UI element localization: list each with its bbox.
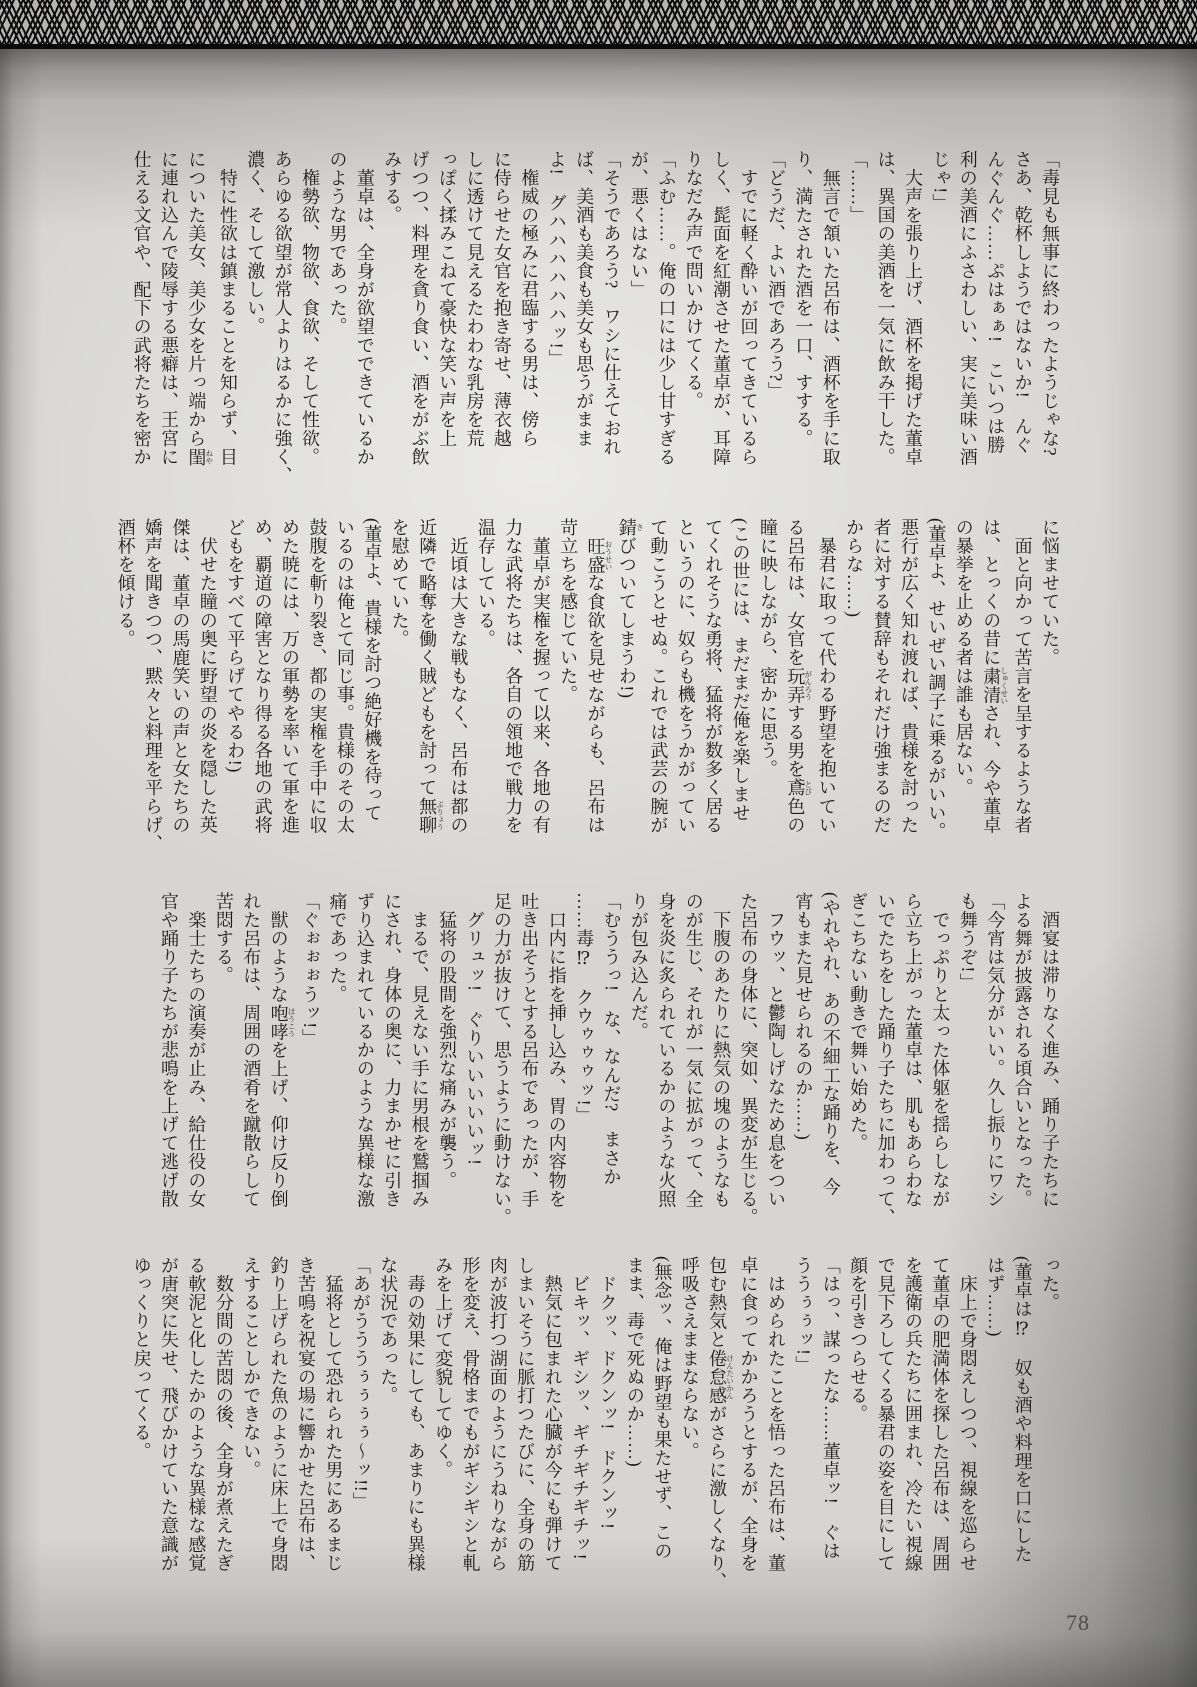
text-column: る呂布は、女官を玩弄がんろうする男を鳶とび色の	[781, 518, 812, 854]
text-column: 肉が波打つ湖面のようにうねりながら	[483, 1256, 510, 1592]
text-column: みする。	[378, 150, 405, 486]
text-column: 近隣で略奪を働く賊どもを討って無聊ぶりょう	[413, 518, 444, 854]
text-column: んぐんぐ……ぷはぁぁ! こいつは勝	[981, 150, 1008, 486]
text-column: (無念ッ、俺は野望も果たせず、この	[648, 1256, 675, 1592]
text-column: 痛であった。	[323, 892, 350, 1228]
text-column: に悩ませていた。	[1036, 518, 1063, 854]
text-column: 仕える文官や、配下の武将たちを密か	[127, 150, 154, 486]
text-band-1: 「毒見も無事に終わったようじゃな?さあ、乾杯しようではないか! んぐんぐんぐ………	[127, 150, 1063, 486]
text-column: 熱気に包まれた心臓が今にも弾けて	[538, 1256, 565, 1592]
text-column: いでたちをした踊り子たちに加わって、	[871, 892, 898, 1228]
text-column: 「毒見も無事に終わったようじゃな?	[1036, 150, 1063, 486]
text-column: 伏せた瞳の奥に野望の炎を隠した英	[193, 518, 220, 854]
text-column: 「あがうううぅぅぅぅ〜ッ!!」	[346, 1256, 373, 1592]
text-column: 無言で頷いた呂布は、酒杯を手に取	[816, 150, 843, 486]
text-column: 官や踊り子たちが悲鳴を上げて逃げ散	[155, 892, 182, 1228]
text-column: ううぅぅッ!」	[789, 1256, 816, 1592]
text-column: みを上げて変貌してゆく。	[429, 1256, 456, 1592]
text-column: りなだみ声で問いかけてくる。	[679, 150, 706, 486]
text-column: れた呂布は、周囲の酒肴を蹴散らして	[237, 892, 264, 1228]
text-column: に連れ込んで陵辱する悪癖は、王宮に	[155, 150, 182, 486]
text-column: が、悪くはない」	[625, 150, 652, 486]
text-column: 旺盛おうせいな食欲を見せながらも、呂布は	[581, 518, 612, 854]
text-column: 形を変え、骨格までもがギシギシと軋	[456, 1256, 483, 1592]
text-column: 権勢欲、物欲、食欲、そして性欲。	[296, 150, 323, 486]
text-column: ビキッ、ギシッ、ギチギチギチッ!	[566, 1256, 593, 1592]
text-column: 暴君に取って代わる野望を抱いてい	[812, 518, 839, 854]
text-column: ずり込まれているかのような異様な激	[350, 892, 377, 1228]
text-column: 瞳に映しながら、密かに思う。	[754, 518, 781, 854]
text-column: りが包み込んだ。	[625, 892, 652, 1228]
text-column: 面と向かって苦言を呈するような者	[1008, 518, 1035, 854]
text-column: げつつ、料理を貪り食い、酒をがぶ飲	[405, 150, 432, 486]
text-column: 身を炎に炙られているかのような火照	[652, 892, 679, 1228]
text-column: ら立ち上がった董卓は、肌もあらわな	[899, 892, 926, 1228]
text-column: っぽく揉みこねて豪快な笑い声を上	[433, 150, 460, 486]
text-column: 董卓が実権を握って以来、各地の有	[526, 518, 553, 854]
diamond-lattice-border	[0, 0, 1197, 49]
text-column: 酒宴は滞りなく進み、踊り子たちに	[1036, 892, 1063, 1228]
text-column: (この世には、まだまだ俺を楽しませ	[726, 518, 753, 854]
text-column: は、異国の美酒を一気に飲み干した。	[871, 150, 898, 486]
text-column: る軟泥と化したかのような異様な感覚	[182, 1256, 209, 1592]
text-column: 呼吸さえままならない。	[675, 1256, 702, 1592]
text-column: 楽士たちの演奏が止み、給仕役の女	[182, 892, 209, 1228]
text-column: め、覇道の障害となり得る各地の武将	[248, 518, 275, 854]
text-column: てくれそうな勇将、猛将が数多く居る	[699, 518, 726, 854]
text-column: 悪行が広く知れ渡れば、貴様を討った	[895, 518, 922, 854]
text-column: よる舞が披露される頃合いとなった。	[1008, 892, 1035, 1228]
text-column: な状況であった。	[374, 1256, 401, 1592]
text-column: (やれやれ、あの不細工な踊りを、今	[816, 892, 843, 1228]
text-column: ば、美酒も美食も美女も思うがまま	[570, 150, 597, 486]
text-column: て董卓の肥満体を探した呂布は、周囲	[926, 1256, 953, 1592]
text-column: (董卓よ、せいぜい調子に乗るがいい。	[922, 518, 949, 854]
text-column: の暴挙を止める者は誰も居ない。	[949, 518, 976, 854]
text-column: 酒杯を傾ける。	[111, 518, 138, 854]
page-number: 78	[1066, 1610, 1090, 1636]
text-column: 「どうだ、よい酒であろう?」	[762, 150, 789, 486]
text-column: はめられたことを悟った呂布は、董	[762, 1256, 789, 1592]
text-column: ぎこちない動きで舞い始めた。	[844, 892, 871, 1228]
text-column: を護衛の兵たちに囲まれ、冷たい視線	[899, 1256, 926, 1592]
text-column: 足の力が抜けて、思うように動けない。	[487, 892, 514, 1228]
text-column: 「ふむ……。俺の口には少し甘すぎる	[652, 150, 679, 486]
text-column: 錆さびついてしまうわ!)	[613, 518, 644, 854]
text-column: 力な武将たちは、各自の領地で戦力を	[499, 518, 526, 854]
text-column: 苦悶する。	[209, 892, 236, 1228]
text-column: 床上で身悶えしつつ、視線を巡らせ	[953, 1256, 980, 1592]
text-column: 「そうであろう? ワシに仕えておれ	[597, 150, 624, 486]
text-band-3: 酒宴は滞りなく進み、踊り子たちによる舞が披露される頃合いとなった。「今宵は気分が…	[155, 892, 1063, 1228]
text-column: った。	[1036, 1256, 1063, 1592]
text-column: にされ、身体の奥に、力まかせに引き	[378, 892, 405, 1228]
text-column: のような男であった。	[323, 150, 350, 486]
text-column: でっぷりと太った体躯を揺らしなが	[926, 892, 953, 1228]
text-column: 吐き出そうとする呂布であったが、手	[515, 892, 542, 1228]
text-column: まま、毒で死ぬのか……)	[621, 1256, 648, 1592]
text-column: り、満たされた酒を一口、すする。	[789, 150, 816, 486]
text-column: グリュッ! ぐりいいいいいッ!	[460, 892, 487, 1228]
text-column: についた美女、美少女を片っ端から閨ねや	[182, 150, 213, 486]
text-column: 近頃は大きな戦もなく、呂布は都の	[444, 518, 471, 854]
text-column: 者に対する賛辞もそれだけ強まるのだ	[867, 518, 894, 854]
text-column: を慰めていた。	[385, 518, 412, 854]
border-shadow	[0, 49, 1197, 101]
text-column: で見下ろしてくる暴君の姿を目にして	[871, 1256, 898, 1592]
text-column: 毒の効果にしても、あまりにも異様	[401, 1256, 428, 1592]
text-column: 董卓は、全身が欲望でできているか	[350, 150, 377, 486]
text-column: 鼓腹を斬り裂き、都の実権を手中に収	[303, 518, 330, 854]
text-column: すでに軽く酔いが回ってきているら	[734, 150, 761, 486]
text-column: いるのは俺とて同じ事。貴様のその太	[330, 518, 357, 854]
text-column: というのに、奴らも機をうかがってい	[671, 518, 698, 854]
text-column: も舞うぞ!」	[953, 892, 980, 1228]
text-column: 顔を引きつらせる。	[844, 1256, 871, 1592]
text-column: 利の美酒にふさわしい、実に美味い酒	[953, 150, 980, 486]
text-column: どもをすべて平らげてやるわ!)	[221, 518, 248, 854]
text-column: 釣り上げられた魚のように床上で身悶	[264, 1256, 291, 1592]
text-column: しまいそうに脈打つたびに、全身の筋	[511, 1256, 538, 1592]
text-column: フウッ、と鬱陶しげなため息をつい	[762, 892, 789, 1228]
text-column: 嬌声を聞きつつ、黙々と料理を平らげ、	[139, 518, 166, 854]
text-column: のが生じ、それが一気に拡がって、全	[679, 892, 706, 1228]
text-column: しに透けて見えるたわわな乳房を荒	[460, 150, 487, 486]
text-column: 特に性欲は鎮まることを知らず、目	[213, 150, 240, 486]
text-column: 猛将として恐れられた男にあるまじ	[319, 1256, 346, 1592]
text-column: 温存している。	[471, 518, 498, 854]
text-column: 「はっ、謀ったな……董卓ッ! ぐは	[816, 1256, 843, 1592]
text-column: 大声を張り上げ、酒杯を掲げた董卓	[899, 150, 926, 486]
text-column: 「むううっ! な、なんだ? まさか	[597, 892, 624, 1228]
text-column: き苦鳴を祝宴の場に響かせた呂布は、	[292, 1256, 319, 1592]
text-column: ゆっくりと戻ってくる。	[127, 1256, 154, 1592]
text-column: て動こうとせぬ。これでは武芸の腕が	[644, 518, 671, 854]
text-column: 「ぐぉぉぉうッ!」	[296, 892, 323, 1228]
text-column: えすることしかできない。	[237, 1256, 264, 1592]
text-column: 卓に食ってかかろうとするが、全身を	[734, 1256, 761, 1592]
text-column: しく、髭面を紅潮させた董卓が、耳障	[707, 150, 734, 486]
text-column: ……毒⁉ クウゥゥゥッ!」	[570, 892, 597, 1228]
text-column: じゃ!」	[926, 150, 953, 486]
text-column: はず……)	[981, 1256, 1008, 1592]
text-column: は、とっくの昔に粛清しゅくせいされ、今や董卓	[977, 518, 1008, 854]
text-band-4: った。(董卓は⁉ 奴も酒や料理を口にしたはず……) 床上で身悶えしつつ、視線を巡…	[127, 1256, 1063, 1592]
text-column: 獣のような咆哮ほうこうを上げ、仰け反り倒	[264, 892, 295, 1228]
text-column: 下腹のあたりに熱気の塊のようなも	[707, 892, 734, 1228]
text-column: 傑は、董卓の馬鹿笑いの声と女たちの	[166, 518, 193, 854]
text-column: (董卓は⁉ 奴も酒や料理を口にした	[1008, 1256, 1035, 1592]
text-column: 宵もまた見せられるのか……)	[789, 892, 816, 1228]
text-column: あらゆる欲望が常人よりはるかに強く、	[268, 150, 295, 486]
text-column: 「……」	[844, 150, 871, 486]
text-band-2: に悩ませていた。 面と向かって苦言を呈するような者は、とっくの昔に粛清しゅくせい…	[111, 518, 1063, 854]
text-column: 猛将の股間を強烈な痛みが襲う。	[433, 892, 460, 1228]
text-column: が唐突に失せ、飛びかけていた意識が	[155, 1256, 182, 1592]
text-column: 包む熱気と倦怠感けんたいかんがさらに激しくなり、	[703, 1256, 734, 1592]
text-column: よ! グハハハハハハッ!」	[542, 150, 569, 486]
text-column: (董卓よ、貴様を討つ絶好機を待って	[358, 518, 385, 854]
text-column: 苛立ちを感じていた。	[554, 518, 581, 854]
text-column: 数分間の苦悶の後、全身が煮えたぎ	[209, 1256, 236, 1592]
text-column: に侍らせた女官を抱き寄せ、薄衣越	[487, 150, 514, 486]
text-column: さあ、乾杯しようではないか! んぐ	[1008, 150, 1035, 486]
text-column: ドクッ、ドクンッ! ドクンッ!	[593, 1256, 620, 1592]
book-page: 「毒見も無事に終わったようじゃな?さあ、乾杯しようではないか! んぐんぐんぐ………	[0, 0, 1197, 1687]
text-column: 濃く、そして激しい。	[241, 150, 268, 486]
text-column: からな……)	[840, 518, 867, 854]
text-column: まるで、見えない手に男根を鷲掴み	[405, 892, 432, 1228]
text-column: めた暁には、万の軍勢を率いて軍を進	[276, 518, 303, 854]
text-column: 権威の極みに君臨する男は、傍ら	[515, 150, 542, 486]
text-column: 口内に指を挿し込み、胃の内容物を	[542, 892, 569, 1228]
text-column: 「今宵は気分がいい。久し振りにワシ	[981, 892, 1008, 1228]
text-column: た呂布の身体に、突如、異変が生じる。	[734, 892, 761, 1228]
